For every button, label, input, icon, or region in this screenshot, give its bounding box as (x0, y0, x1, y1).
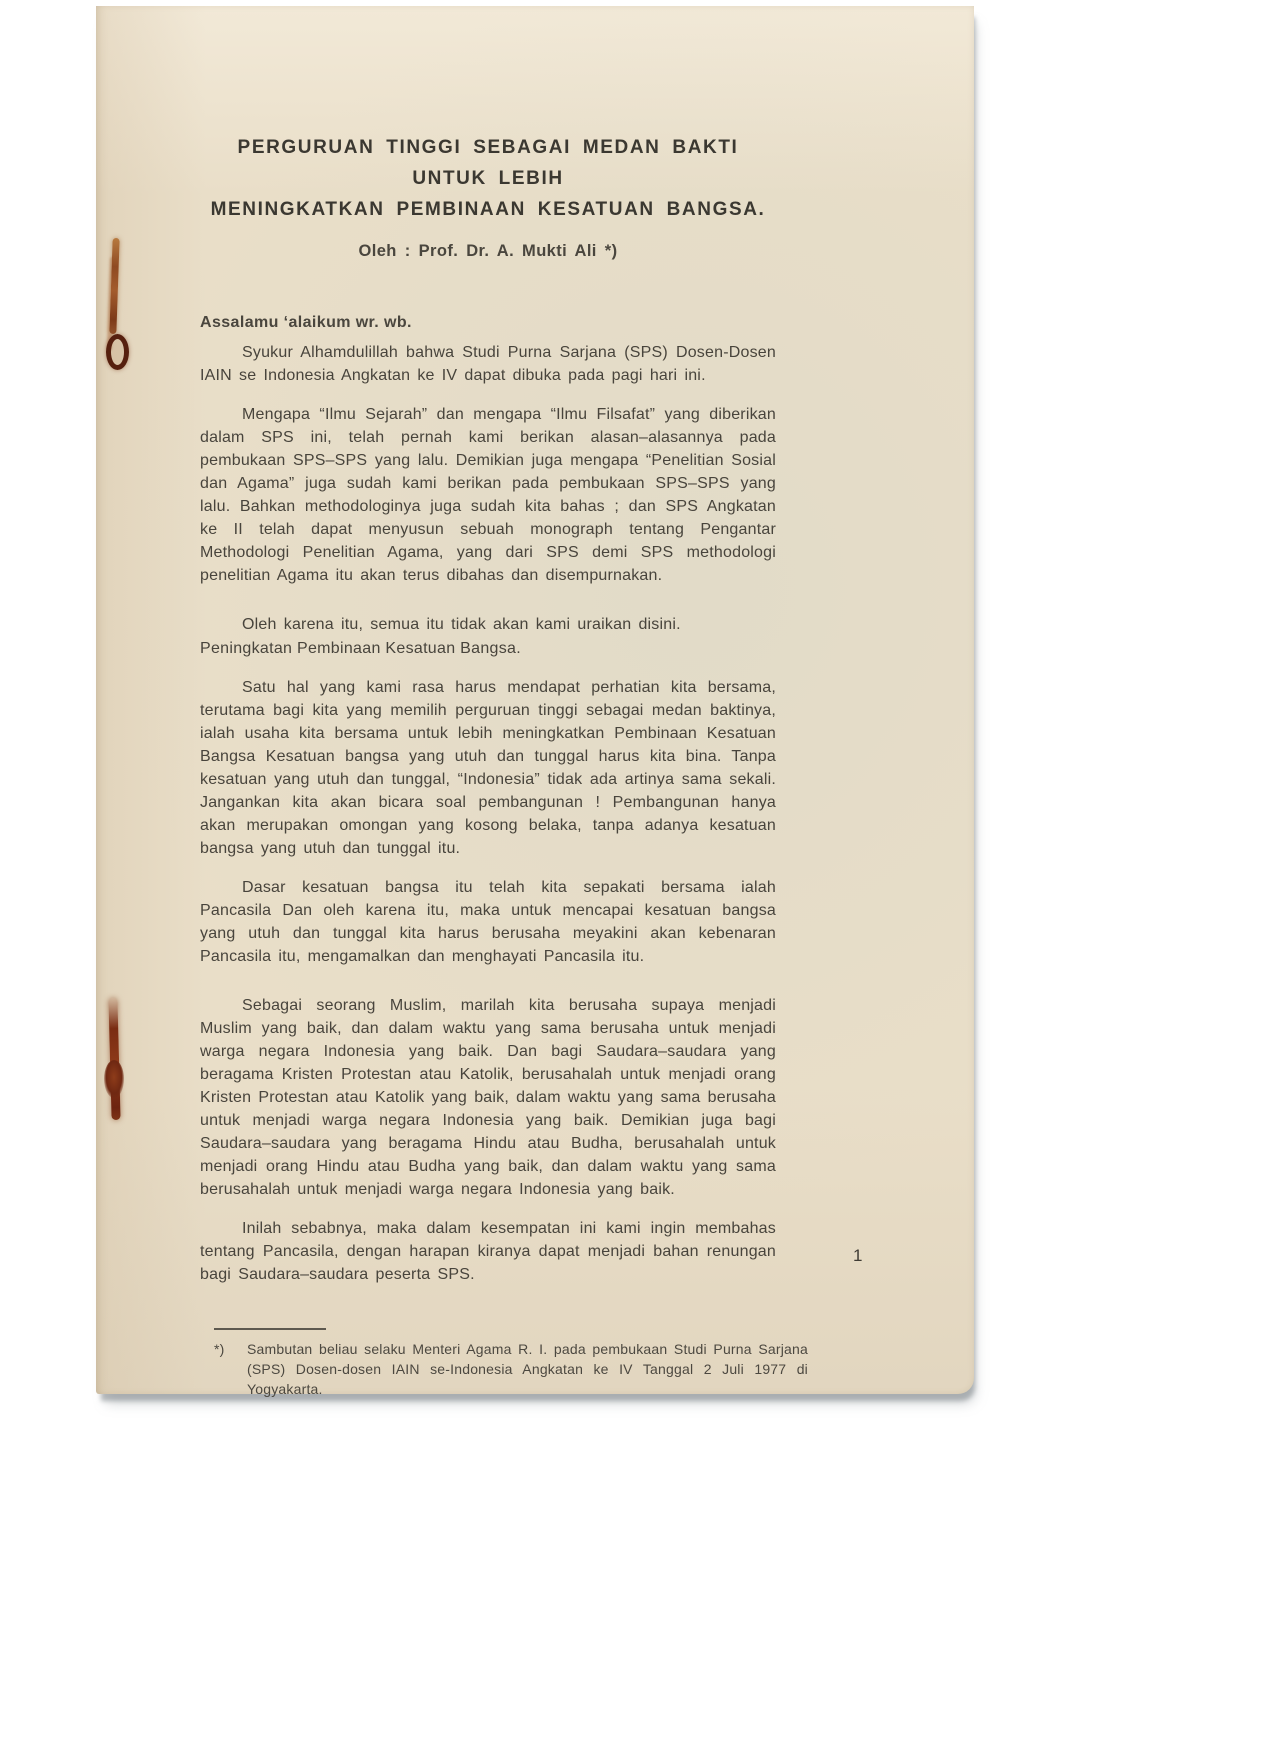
subheading-peningkatan: Peningkatan Pembinaan Kesatuan Bangsa. (200, 637, 776, 660)
salutation: Assalamu ‘alaikum wr. wb. (200, 314, 776, 332)
page-title: PERGURUAN TINGGI SEBAGAI MEDAN BAKTI UNT… (200, 132, 776, 225)
footnote-marker: *) (214, 1339, 247, 1399)
paragraph-satu-hal: Satu hal yang kami rasa harus mendapat p… (200, 676, 776, 860)
byline: Oleh : Prof. Dr. A. Mukti Ali *) (200, 242, 776, 261)
scanned-page: PERGURUAN TINGGI SEBAGAI MEDAN BAKTI UNT… (96, 6, 974, 1394)
paragraph-mengapa: Mengapa “Ilmu Sejarah” dan mengapa “Ilmu… (200, 403, 776, 587)
paragraph-sebagai-muslim: Sebagai seorang Muslim, marilah kita ber… (200, 994, 776, 1201)
footnote-rule (214, 1328, 326, 1330)
paragraph-syukur: Syukur Alhamdulillah bahwa Studi Purna S… (200, 341, 776, 387)
page-number: 1 (853, 1246, 862, 1266)
text-block: PERGURUAN TINGGI SEBAGAI MEDAN BAKTI UNT… (200, 6, 776, 1399)
title-line-2: MENINGKATKAN PEMBINAAN KESATUAN BANGSA. (200, 194, 776, 225)
footnote-text: Sambutan beliau selaku Menteri Agama R. … (247, 1339, 808, 1399)
title-line-1: PERGURUAN TINGGI SEBAGAI MEDAN BAKTI UNT… (200, 132, 776, 194)
paragraph-oleh-karena: Oleh karena itu, semua itu tidak akan ka… (200, 613, 776, 636)
rust-staple-mark-bottom (100, 998, 130, 1126)
paragraph-inilah-sebabnya: Inilah sebabnya, maka dalam kesempatan i… (200, 1217, 776, 1286)
paragraph-dasar-kesatuan: Dasar kesatuan bangsa itu telah kita sep… (200, 876, 776, 968)
footnote: *) Sambutan beliau selaku Menteri Agama … (214, 1339, 808, 1399)
rust-staple-mark-top (100, 238, 130, 370)
